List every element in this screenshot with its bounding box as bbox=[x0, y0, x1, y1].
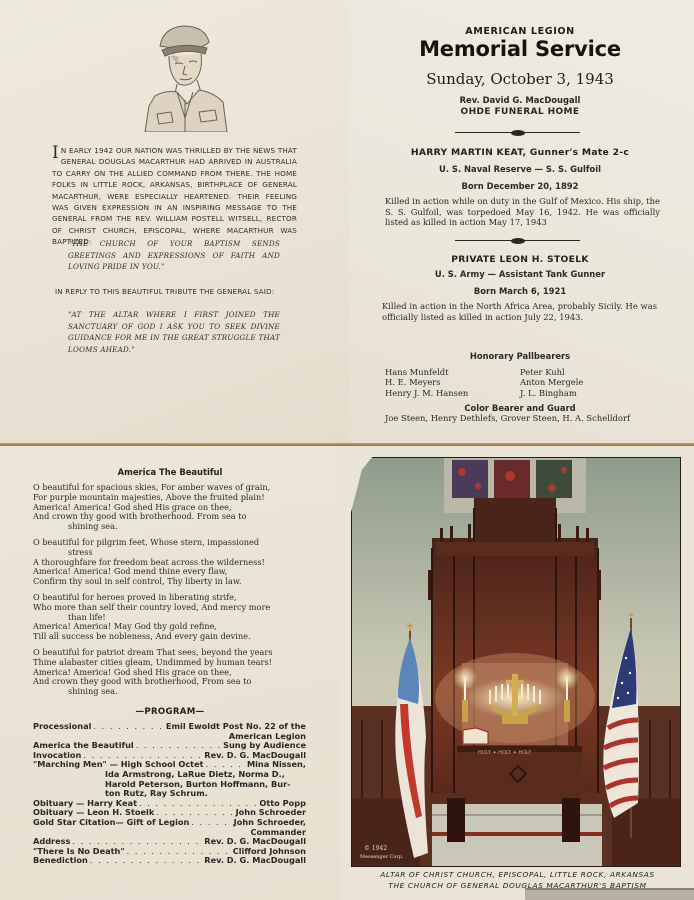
program-item-label: Processional bbox=[33, 722, 91, 732]
page-title: Memorial Service bbox=[370, 37, 670, 61]
program-item-performer: Rev. D. G. MacDougall bbox=[204, 856, 306, 866]
program-item-performer: Otto Popp bbox=[259, 799, 306, 809]
color-guard-names: Joe Steen, Henry Dethlefs, Grover Steen,… bbox=[385, 413, 630, 423]
service-date: Sunday, October 3, 1943 bbox=[370, 70, 670, 88]
svg-text:HOLY ✦ HOLY ✦ HOLY: HOLY ✦ HOLY ✦ HOLY bbox=[478, 750, 532, 756]
page-fold-divider bbox=[0, 443, 694, 446]
pallbearer-name: Anton Mergele bbox=[520, 377, 583, 387]
program-item-label: Address bbox=[33, 837, 70, 847]
lyric-line: Confirm thy soul in self control, Thy li… bbox=[33, 577, 305, 587]
program-item: "There Is No Death"Clifford Johnson bbox=[33, 847, 306, 857]
pallbearer-name: H. E. Meyers bbox=[385, 377, 468, 387]
leader-dots bbox=[88, 856, 204, 866]
program-item-performer: Rev. D. G. MacDougall bbox=[204, 837, 306, 847]
honoree-unit: U. S. Army — Assistant Tank Gunner bbox=[370, 269, 670, 279]
intro-text: N EARLY 1942 OUR NATION WAS THRILLED BY … bbox=[52, 146, 297, 246]
color-guard-heading: Color Bearer and Guard bbox=[370, 403, 670, 413]
underlying-card-edge bbox=[525, 888, 694, 900]
program-item-performer: Sung by Audience bbox=[223, 741, 306, 751]
macarthur-portrait-sketch bbox=[135, 14, 230, 132]
honoree-born: Born December 20, 1892 bbox=[370, 181, 670, 191]
officiant: Rev. David G. MacDougall bbox=[370, 95, 670, 105]
program-item-continuation: American Legion bbox=[33, 732, 306, 742]
pallbearers-right-column: Peter Kuhl Anton Mergele J. L. Bingham bbox=[520, 367, 583, 398]
octet-member-line: ton Rutz, Ray Schrum. bbox=[33, 789, 306, 799]
program-item: Obituary — Leon H. StoelkJohn Schroeder bbox=[33, 808, 306, 818]
program-item-label: America the Beautiful bbox=[33, 741, 134, 751]
program-item-label: Obituary — Harry Keat bbox=[33, 799, 137, 809]
program-item-performer: Rev. D. G. MacDougall bbox=[204, 751, 306, 761]
svg-text:Messenger Corp.: Messenger Corp. bbox=[360, 854, 404, 860]
program-item: America the BeautifulSung by Audience bbox=[33, 741, 306, 751]
program-item-label: "There Is No Death" bbox=[33, 847, 125, 857]
leader-dots bbox=[137, 799, 259, 809]
reply-line: IN REPLY TO THIS BEAUTIFUL TRIBUTE THE G… bbox=[55, 287, 305, 296]
photo-copyright: © 1942 bbox=[364, 845, 387, 852]
song-lyrics: O beautiful for spacious skies, For ambe… bbox=[33, 483, 305, 703]
lyric-line: Till all success be nobleness, And every… bbox=[33, 632, 305, 642]
pallbearer-name: J. L. Bingham bbox=[520, 388, 583, 398]
honoree-name: PRIVATE LEON H. STOELK bbox=[370, 254, 670, 265]
program-item-label: Gold Star Citation— Gift of Legion bbox=[33, 818, 189, 828]
church-altar-photo: HOLY ✦ HOLY ✦ HOLY © 1942 Messenger Corp… bbox=[352, 458, 680, 866]
honoree-born: Born March 6, 1921 bbox=[370, 286, 670, 296]
leader-dots bbox=[125, 847, 233, 857]
funeral-home: OHDE FUNERAL HOME bbox=[370, 107, 670, 117]
leader-dots bbox=[189, 818, 233, 828]
program-list: ProcessionalEmil Ewoldt Post No. 22 of t… bbox=[33, 722, 306, 866]
program-heading: —PROGRAM— bbox=[40, 707, 300, 717]
caption-line: ALTAR OF CHRIST CHURCH, EPISCOPAL, LITTL… bbox=[345, 870, 690, 881]
pallbearer-name: Hans Munfeldt bbox=[385, 367, 468, 377]
church-greeting-quote: "THE CHURCH OF YOUR BAPTISM SENDS GREETI… bbox=[68, 238, 280, 273]
program-item-label: Obituary — Leon H. Stoelk bbox=[33, 808, 154, 818]
program-item-performer: Clifford Johnson bbox=[233, 847, 306, 857]
organization-name: AMERICAN LEGION bbox=[370, 26, 670, 37]
program-item: BenedictionRev. D. G. MacDougall bbox=[33, 856, 306, 866]
honoree-obituary: Killed in action in the North Africa Are… bbox=[382, 301, 657, 322]
program-item: AddressRev. D. G. MacDougall bbox=[33, 837, 306, 847]
pallbearer-name: Henry J. M. Hansen bbox=[385, 388, 468, 398]
honoree-obituary: Killed in action while on duty in the Gu… bbox=[385, 196, 660, 228]
pallbearers-left-column: Hans Munfeldt H. E. Meyers Henry J. M. H… bbox=[385, 367, 468, 398]
pallbearer-name: Peter Kuhl bbox=[520, 367, 583, 377]
drop-cap: I bbox=[52, 146, 59, 161]
song-verse: O beautiful for patriot dream That sees,… bbox=[33, 648, 305, 697]
leader-dots bbox=[70, 837, 204, 847]
honoree-unit: U. S. Naval Reserve — S. S. Gulfoil bbox=[370, 164, 670, 174]
leader-dots bbox=[91, 722, 165, 732]
leader-dots bbox=[81, 751, 204, 761]
song-title: America The Beautiful bbox=[40, 467, 300, 477]
song-verse: O beautiful for pilgrim feet, Whose ster… bbox=[33, 538, 305, 587]
lyric-line: shining sea. bbox=[33, 522, 305, 532]
intro-paragraph: IN EARLY 1942 OUR NATION WAS THRILLED BY… bbox=[52, 145, 297, 248]
ornament-divider bbox=[455, 238, 580, 244]
program-item-performer: John Schroeder bbox=[236, 808, 306, 818]
leader-dots bbox=[154, 808, 235, 818]
program-item: Obituary — Harry KeatOtto Popp bbox=[33, 799, 306, 809]
program-item-continuation: Commander bbox=[33, 828, 306, 838]
honoree-name: HARRY MARTIN KEAT, Gunner's Mate 2-c bbox=[370, 147, 670, 158]
lyric-line: shining sea. bbox=[33, 687, 305, 697]
program-item-label: Invocation bbox=[33, 751, 81, 761]
leader-dots bbox=[134, 741, 223, 751]
program-item: InvocationRev. D. G. MacDougall bbox=[33, 751, 306, 761]
general-reply-quote: "AT THE ALTAR WHERE I FIRST JOINED THE S… bbox=[68, 309, 280, 355]
song-verse: O beautiful for heroes proved in liberat… bbox=[33, 593, 305, 642]
ornament-divider bbox=[455, 130, 580, 136]
pallbearers-heading: Honorary Pallbearers bbox=[370, 351, 670, 361]
song-verse: O beautiful for spacious skies, For ambe… bbox=[33, 483, 305, 532]
program-item-label: Benediction bbox=[33, 856, 88, 866]
